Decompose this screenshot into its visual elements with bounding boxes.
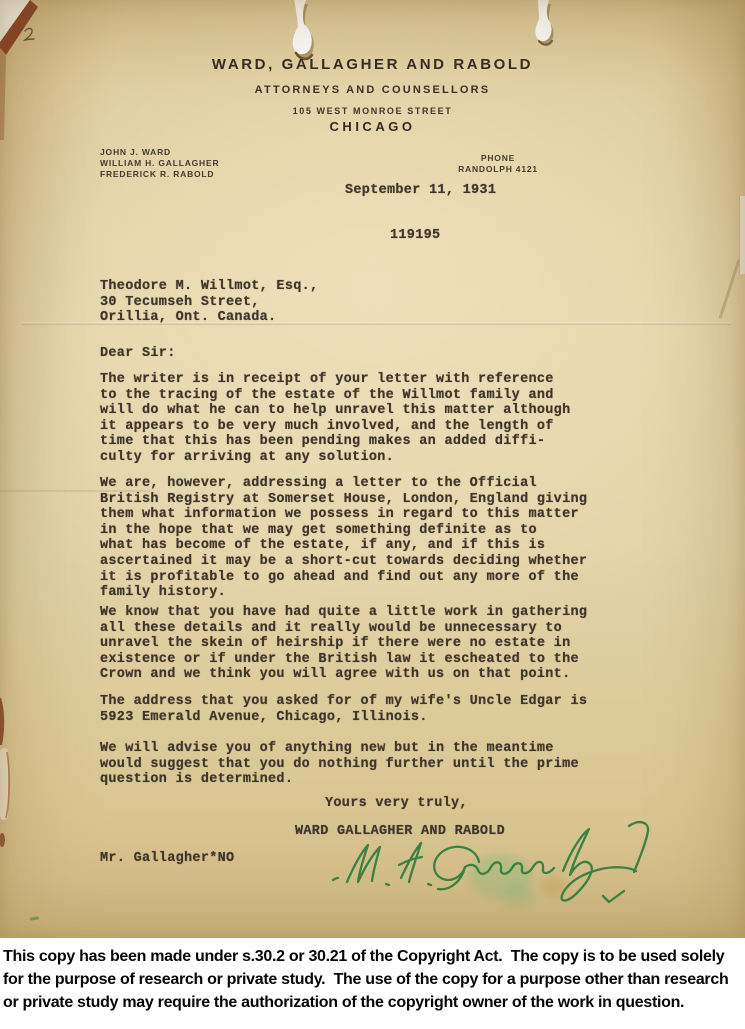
body-paragraph-5: We will advise you of anything new but i…: [100, 741, 579, 788]
phone-number: RANDOLPH 4121: [440, 164, 556, 175]
copyright-line: or private study may require the authori…: [0, 991, 745, 1014]
phone-label: PHONE: [440, 153, 556, 164]
body-paragraph-4: The address that you asked for of my wif…: [100, 694, 587, 725]
edge-tear-icon: [0, 690, 22, 870]
date-line: September 11, 1931: [345, 183, 496, 199]
file-number: 119195: [390, 228, 440, 244]
salutation: Dear Sir:: [100, 346, 176, 362]
body-paragraph-1: The writer is in receipt of your letter …: [100, 372, 570, 466]
body-paragraph-3: We know that you have had quite a little…: [100, 605, 587, 683]
signature-script: [313, 816, 673, 916]
copyright-notice: This copy has been made under s.30.2 or …: [0, 938, 745, 1029]
recipient-address: Theodore M. Willmot, Esq., 30 Tecumseh S…: [100, 279, 318, 326]
copyright-line: This copy has been made under s.30.2 or …: [0, 945, 745, 968]
partner-name: FREDERICK R. RABOLD: [100, 169, 219, 180]
typist-reference: Mr. Gallagher*NO: [100, 851, 234, 867]
body-paragraph-2: We are, however, addressing a letter to …: [100, 476, 587, 601]
right-edge-sliver: [739, 196, 745, 274]
copyright-line: for the purpose of research or private s…: [0, 968, 745, 991]
phone-block: PHONE RANDOLPH 4121: [440, 153, 556, 175]
partner-names-list: JOHN J. WARD WILLIAM H. GALLAGHER FREDER…: [100, 147, 219, 180]
scanned-letter-page: WARD, GALLAGHER AND RABOLD ATTORNEYS AND…: [0, 0, 745, 1029]
partner-name: JOHN J. WARD: [100, 147, 219, 158]
letterhead-street-address: 105 WEST MONROE STREET: [0, 106, 745, 116]
letterhead-firm-name: WARD, GALLAGHER AND RABOLD: [0, 56, 745, 73]
letterhead-city: CHICAGO: [0, 119, 745, 134]
letterhead-subtitle: ATTORNEYS AND COUNSELLORS: [0, 84, 745, 96]
partner-name: WILLIAM H. GALLAGHER: [100, 158, 219, 169]
closing-line: Yours very truly,: [325, 796, 468, 812]
